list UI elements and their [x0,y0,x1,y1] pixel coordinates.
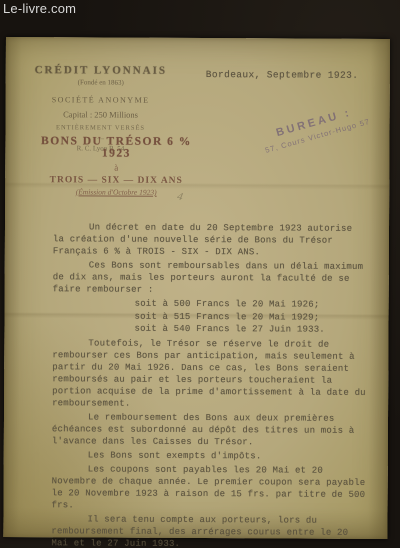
dateline: Bordeaux, Septembre 1923. [206,69,359,81]
body-paragraph-7: Il sera tenu compte aux porteurs, lors d… [51,513,365,548]
body-paragraph-4: Le remboursement des Bons aux deux premi… [52,411,366,449]
letter-body: Un décret en date du 20 Septembre 1923 a… [51,221,367,548]
title-block: BONS DU TRÉSOR 6 % 1923 à TROIS — SIX — … [33,135,199,197]
office-stamp: BUREAU : 57, Cours Victor-Hugo 57 [235,95,396,161]
pencil-annotation: 4 [176,190,184,203]
redemption-option-2: soit à 515 Francs le 20 Mai 1929; [135,310,367,324]
redemption-option-3: soit à 540 Francs le 27 Juin 1933. [134,323,366,337]
document-paper: CRÉDIT LYONNAIS (Fondé en 1863) SOCIÉTÉ … [3,37,390,539]
body-paragraph-3: Toutefois, le Trésor se réserve le droit… [52,337,366,411]
founded-note: (Fondé en 1863) [30,78,172,87]
body-paragraph-5: Les Bons sont exempts d'impôts. [52,449,366,463]
issue-note: (Émission d'Octobre 1923) [33,187,199,197]
document-title: BONS DU TRÉSOR 6 % 1923 [33,135,199,160]
document-subtitle: TROIS — SIX — DIX ANS [33,175,199,186]
redemption-option-1: soit à 500 Francs le 20 Mai 1926; [135,298,367,312]
capital-line: Capital : 250 Millions [30,109,172,120]
title-connector: à [33,162,199,173]
body-paragraph-6: Les coupons sont payables les 20 Mai et … [52,463,366,513]
capital-note: ENTIÈREMENT VERSÉS [30,124,172,132]
watermark-text: Le-livre.com [3,1,76,16]
bank-name: CRÉDIT LYONNAIS [30,64,172,77]
company-type: SOCIÉTÉ ANONYME [30,95,172,105]
body-paragraph-1: Un décret en date du 20 Septembre 1923 a… [53,221,367,259]
redemption-options: soit à 500 Francs le 20 Mai 1926; soit à… [134,298,366,337]
body-paragraph-2: Ces Bons sont remboursables dans un déla… [53,259,367,297]
